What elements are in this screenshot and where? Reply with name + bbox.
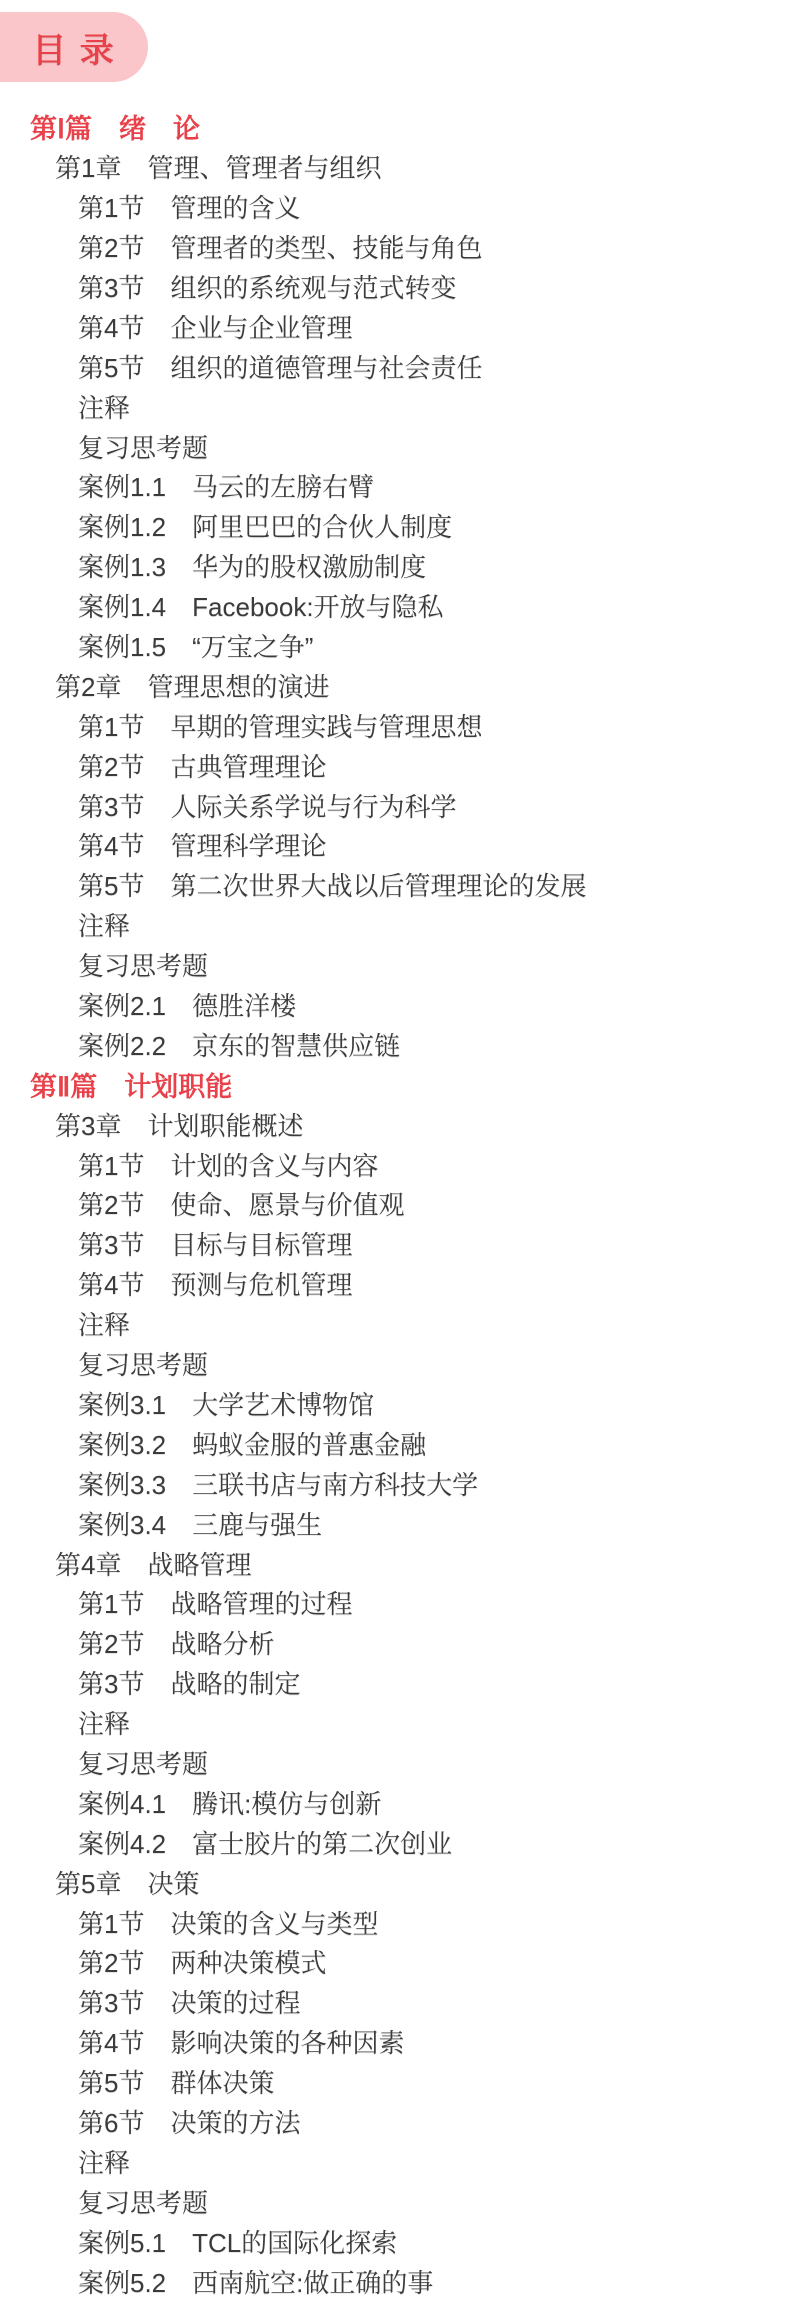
toc-section-entry[interactable]: 第5节 组织的道德管理与社会责任 xyxy=(0,346,790,386)
toc-section-entry[interactable]: 案例1.5 “万宝之争” xyxy=(0,626,790,666)
toc-section-entry[interactable]: 第3节 决策的过程 xyxy=(0,1982,790,2022)
table-of-contents: 第Ⅰ篇 绪 论第1章 管理、管理者与组织第1节 管理的含义第2节 管理者的类型、… xyxy=(0,107,790,2301)
toc-section-entry[interactable]: 复习思考题 xyxy=(0,426,790,466)
toc-chapter-entry[interactable]: 第5章 决策 xyxy=(0,1862,790,1902)
toc-section-entry[interactable]: 第3节 人际关系学说与行为科学 xyxy=(0,785,790,825)
toc-section-entry[interactable]: 案例3.4 三鹿与强生 xyxy=(0,1503,790,1543)
toc-section-entry[interactable]: 案例1.2 阿里巴巴的合伙人制度 xyxy=(0,506,790,546)
toc-section-entry[interactable]: 案例1.3 华为的股权激励制度 xyxy=(0,546,790,586)
toc-section-entry[interactable]: 案例2.1 德胜洋楼 xyxy=(0,985,790,1025)
toc-chapter-entry[interactable]: 第3章 计划职能概述 xyxy=(0,1104,790,1144)
toc-section-entry[interactable]: 第2节 古典管理理论 xyxy=(0,745,790,785)
toc-section-entry[interactable]: 注释 xyxy=(0,905,790,945)
toc-section-entry[interactable]: 案例3.2 蚂蚁金服的普惠金融 xyxy=(0,1423,790,1463)
toc-section-entry[interactable]: 案例5.2 西南航空:做正确的事 xyxy=(0,2261,790,2301)
toc-section-entry[interactable]: 案例1.4 Facebook:开放与隐私 xyxy=(0,586,790,626)
toc-chapter-entry[interactable]: 第4章 战略管理 xyxy=(0,1543,790,1583)
toc-section-entry[interactable]: 第4节 企业与企业管理 xyxy=(0,306,790,346)
toc-section-entry[interactable]: 第1节 决策的含义与类型 xyxy=(0,1902,790,1942)
toc-section-entry[interactable]: 第6节 决策的方法 xyxy=(0,2102,790,2142)
toc-chapter-entry[interactable]: 第2章 管理思想的演进 xyxy=(0,665,790,705)
toc-section-entry[interactable]: 注释 xyxy=(0,386,790,426)
toc-section-entry[interactable]: 第1节 计划的含义与内容 xyxy=(0,1144,790,1184)
toc-section-entry[interactable]: 复习思考题 xyxy=(0,945,790,985)
toc-section-entry[interactable]: 案例3.1 大学艺术博物馆 xyxy=(0,1384,790,1424)
toc-part-heading[interactable]: 第Ⅱ篇 计划职能 xyxy=(0,1064,790,1104)
toc-section-entry[interactable]: 注释 xyxy=(0,1703,790,1743)
toc-section-entry[interactable]: 第5节 第二次世界大战以后管理理论的发展 xyxy=(0,865,790,905)
toc-section-entry[interactable]: 第2节 管理者的类型、技能与角色 xyxy=(0,227,790,267)
toc-section-entry[interactable]: 第5节 群体决策 xyxy=(0,2062,790,2102)
toc-section-entry[interactable]: 复习思考题 xyxy=(0,1344,790,1384)
toc-section-entry[interactable]: 注释 xyxy=(0,1304,790,1344)
toc-title: 目 录 xyxy=(32,23,115,72)
toc-section-entry[interactable]: 第1节 管理的含义 xyxy=(0,187,790,227)
toc-section-entry[interactable]: 第3节 目标与目标管理 xyxy=(0,1224,790,1264)
toc-page: 目 录 第Ⅰ篇 绪 论第1章 管理、管理者与组织第1节 管理的含义第2节 管理者… xyxy=(0,12,790,2301)
toc-section-entry[interactable]: 案例1.1 马云的左膀右臂 xyxy=(0,466,790,506)
toc-section-entry[interactable]: 复习思考题 xyxy=(0,1743,790,1783)
toc-section-entry[interactable]: 第2节 两种决策模式 xyxy=(0,1942,790,1982)
toc-part-heading[interactable]: 第Ⅰ篇 绪 论 xyxy=(0,107,790,147)
toc-section-entry[interactable]: 第2节 使命、愿景与价值观 xyxy=(0,1184,790,1224)
toc-section-entry[interactable]: 案例5.1 TCL的国际化探索 xyxy=(0,2221,790,2261)
toc-section-entry[interactable]: 第3节 战略的制定 xyxy=(0,1663,790,1703)
toc-section-entry[interactable]: 案例3.3 三联书店与南方科技大学 xyxy=(0,1463,790,1503)
toc-section-entry[interactable]: 第1节 战略管理的过程 xyxy=(0,1583,790,1623)
toc-section-entry[interactable]: 复习思考题 xyxy=(0,2181,790,2221)
toc-section-entry[interactable]: 案例4.1 腾讯:模仿与创新 xyxy=(0,1782,790,1822)
toc-chapter-entry[interactable]: 第1章 管理、管理者与组织 xyxy=(0,147,790,187)
toc-section-entry[interactable]: 第4节 管理科学理论 xyxy=(0,825,790,865)
toc-section-entry[interactable]: 注释 xyxy=(0,2141,790,2181)
toc-section-entry[interactable]: 案例4.2 富士胶片的第二次创业 xyxy=(0,1822,790,1862)
toc-title-badge: 目 录 xyxy=(0,12,148,82)
toc-section-entry[interactable]: 第3节 组织的系统观与范式转变 xyxy=(0,267,790,307)
toc-section-entry[interactable]: 第1节 早期的管理实践与管理思想 xyxy=(0,705,790,745)
toc-section-entry[interactable]: 第2节 战略分析 xyxy=(0,1623,790,1663)
toc-section-entry[interactable]: 案例2.2 京东的智慧供应链 xyxy=(0,1024,790,1064)
toc-section-entry[interactable]: 第4节 影响决策的各种因素 xyxy=(0,2022,790,2062)
toc-section-entry[interactable]: 第4节 预测与危机管理 xyxy=(0,1264,790,1304)
